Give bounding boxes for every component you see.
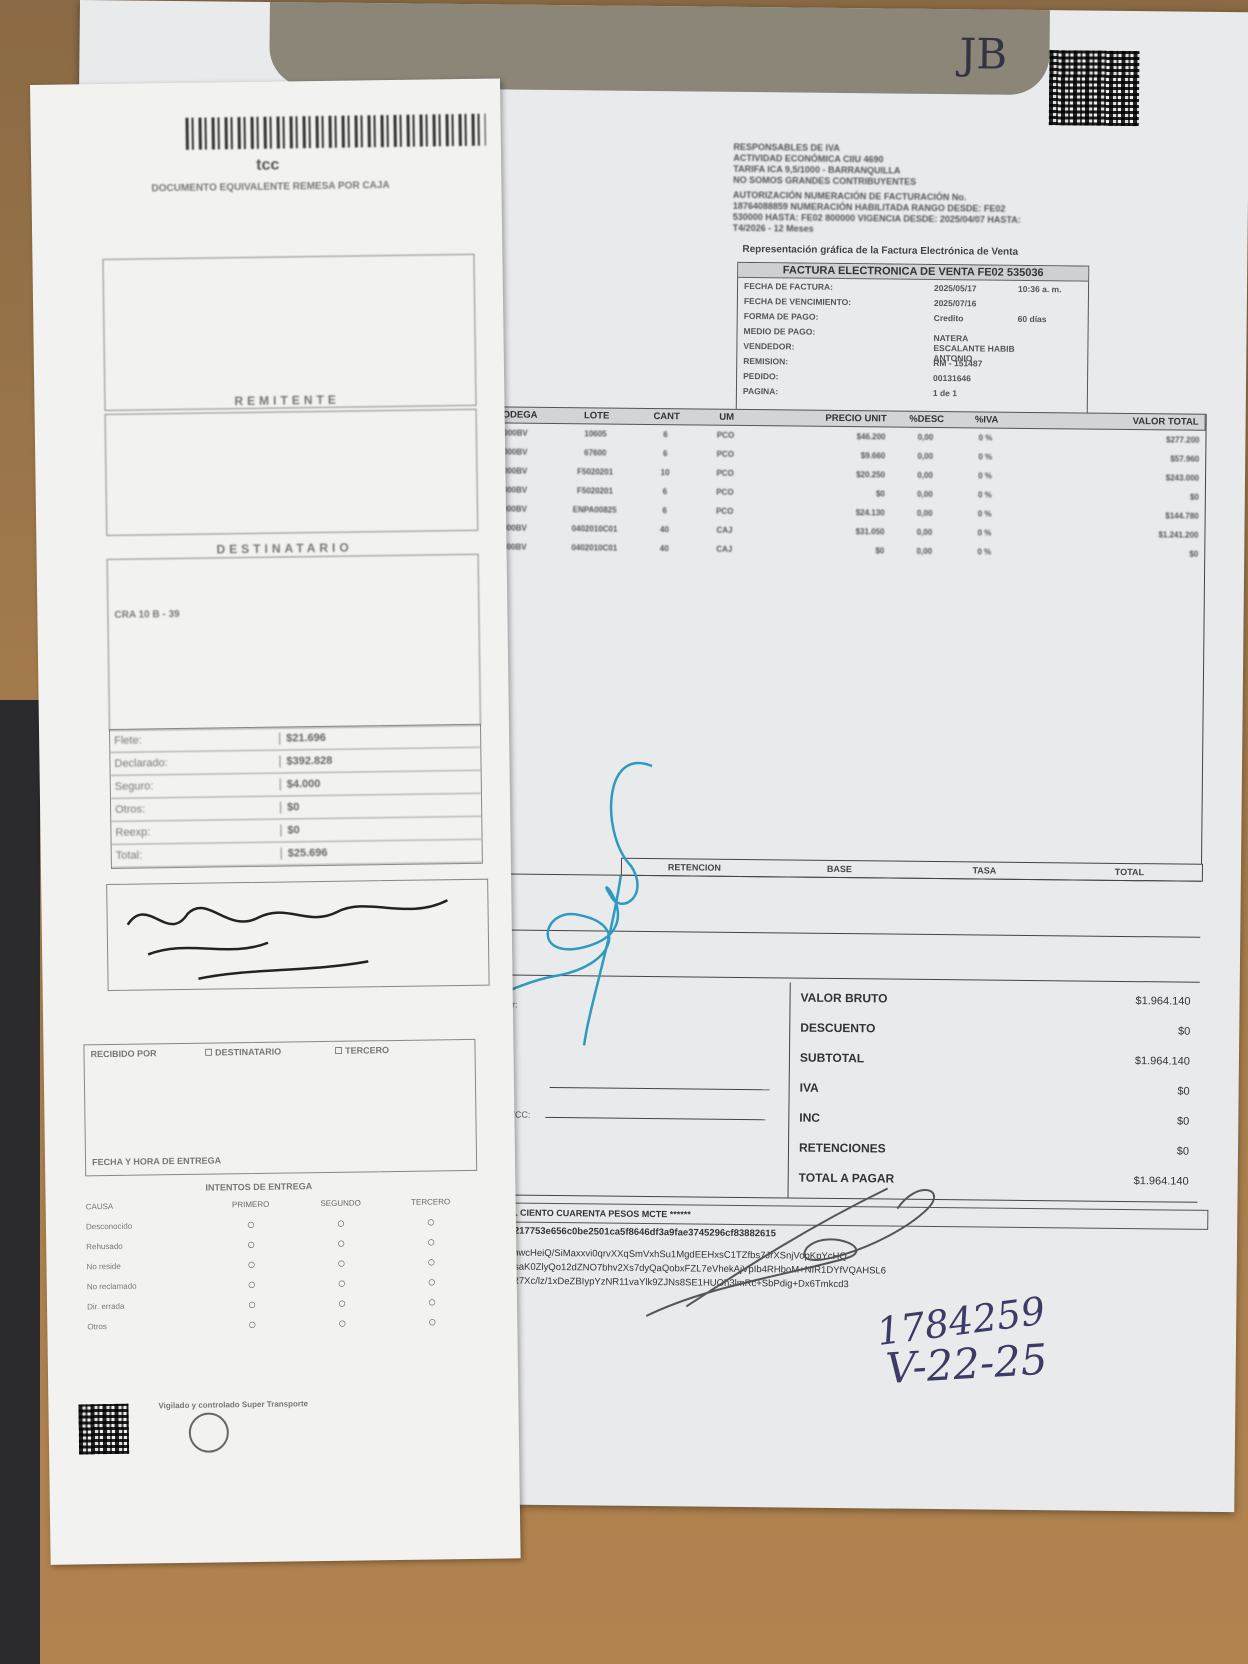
summary-value: $0	[1178, 1026, 1190, 1038]
charge-label: Declarado:	[110, 756, 280, 770]
field-label: FECHA DE VENCIMIENTO:	[744, 295, 934, 307]
cause-label: Otros	[87, 1320, 207, 1331]
table-cell: 0402010C01	[554, 543, 634, 553]
summary-label: TOTAL A PAGAR	[799, 1171, 895, 1186]
table-cell: $46.200	[755, 431, 895, 441]
retention-column: BASE	[767, 863, 912, 875]
divider	[470, 929, 1200, 938]
table-cell: $57.960	[1015, 453, 1205, 464]
charge-value: $21.696	[280, 730, 480, 745]
table-cell: $144.780	[1015, 510, 1205, 521]
field-extra	[1017, 378, 1087, 379]
info-row: PAGINA:1 de 1	[737, 383, 1087, 402]
option-label: DESTINATARIO	[215, 1047, 281, 1058]
summary-label: RETENCIONES	[799, 1141, 886, 1156]
table-cell: F5020201	[555, 467, 635, 477]
brand-logo: tcc	[256, 157, 279, 175]
radio-option[interactable]: ○	[207, 1275, 297, 1292]
summary-row: IVA$0	[789, 1072, 1199, 1106]
field-extra	[1017, 393, 1087, 394]
column-header: %DESC	[897, 414, 957, 426]
signature-field: Firma:	[464, 1079, 804, 1093]
field-value: 2025/05/17	[934, 282, 1018, 293]
table-cell: CAJ	[694, 544, 754, 554]
table-cell: 0,00	[895, 452, 955, 462]
radio-option[interactable]: ○	[297, 1314, 387, 1331]
table-cell: 0,00	[895, 509, 955, 519]
receipt-qr-code	[78, 1404, 129, 1455]
received-by-box: RECIBIDO POR ☐ DESTINATARIO ☐ TERCERO FE…	[83, 1039, 477, 1176]
table-cell: F5020201	[555, 486, 635, 496]
summary-label: IVA	[800, 1081, 819, 1095]
radio-option[interactable]: ○	[207, 1295, 297, 1312]
cause-label: No reside	[86, 1260, 206, 1271]
shipment-info	[102, 254, 476, 411]
charge-label: Otros:	[111, 802, 281, 816]
table-cell: 0 %	[955, 490, 1015, 500]
radio-option[interactable]: ○	[296, 1234, 386, 1251]
summary-row: SUBTOTAL$1.964.140	[790, 1042, 1200, 1076]
table-cell: 0,00	[894, 547, 954, 557]
receiver-heading: DESTINATARIO	[216, 541, 352, 557]
option-recipient[interactable]: ☐ DESTINATARIO	[204, 1047, 281, 1059]
option-label: TERCERO	[345, 1045, 389, 1056]
table-cell: 0 %	[955, 452, 1015, 462]
table-cell: 10605	[555, 429, 635, 439]
summary-box: VALOR BRUTO$1.964.140DESCUENTO$0SUBTOTAL…	[787, 982, 1200, 1201]
summary-value: $0	[1177, 1086, 1189, 1098]
table-cell: $0	[1015, 491, 1205, 502]
column-header: CANT	[637, 411, 697, 423]
table-cell: PCO	[695, 487, 755, 497]
summary-label: INC	[799, 1111, 820, 1125]
qr-code	[1049, 50, 1140, 126]
field-extra: 60 días	[1018, 313, 1088, 324]
table-cell: 0,00	[895, 433, 955, 443]
field-label: PAGINA:	[743, 385, 933, 397]
received-by-label: RECIBIDO POR	[90, 1048, 156, 1059]
cause-label: Desconocido	[86, 1220, 206, 1231]
attempt-column: CAUSA	[86, 1200, 206, 1211]
table-cell: 10	[635, 468, 695, 478]
charge-value: $0	[281, 822, 481, 837]
table-cell: PCO	[695, 449, 755, 459]
retention-column: TOTAL	[1057, 866, 1202, 878]
table-cell: $0	[755, 488, 895, 498]
radio-option[interactable]: ○	[387, 1293, 477, 1310]
radio-option[interactable]: ○	[206, 1215, 296, 1232]
cause-label: No reclamado	[87, 1280, 207, 1291]
radio-option[interactable]: ○	[296, 1254, 386, 1271]
field-extra	[1017, 363, 1087, 364]
divider	[470, 974, 1200, 983]
table-cell: 40	[634, 525, 694, 535]
table-cell: 0 %	[955, 471, 1015, 481]
table-cell: $277.200	[1015, 434, 1205, 445]
table-cell: 40	[634, 544, 694, 554]
summary-row: TOTAL A PAGAR$1.964.140	[789, 1162, 1199, 1196]
charge-row: Total:$25.696	[112, 840, 482, 868]
summary-row: INC$0	[789, 1102, 1199, 1136]
field-label: VENDEDOR:	[743, 340, 933, 352]
receipt-title: DOCUMENTO EQUIVALENTE REMESA POR CAJA	[151, 180, 389, 194]
delivery-datetime-label: FECHA Y HORA DE ENTREGA	[92, 1155, 221, 1167]
table-cell: 0402010C01	[554, 524, 634, 534]
field-label: FECHA DE FACTURA:	[744, 280, 934, 292]
radio-option[interactable]: ○	[386, 1233, 476, 1250]
table-cell: ENPA00825	[555, 505, 635, 515]
field-value: 00131646	[933, 372, 1017, 383]
cufe-code: 8c8779bdcf217753e656c0be2501ca5f8646df3a…	[462, 1224, 1183, 1296]
charge-label: Reexp:	[111, 825, 281, 839]
option-third[interactable]: ☐ TERCERO	[334, 1045, 389, 1057]
shipping-receipt: tcc DOCUMENTO EQUIVALENTE REMESA POR CAJ…	[30, 78, 521, 1564]
summary-value: $0	[1177, 1146, 1189, 1158]
summary-label: VALOR BRUTO	[801, 991, 888, 1006]
summary-value: $1.964.140	[1135, 995, 1190, 1008]
field-label: MEDIO DE PAGO:	[744, 325, 934, 337]
summary-row: DESCUENTO$0	[790, 1012, 1200, 1046]
charge-value: $392.828	[280, 753, 480, 768]
summary-value: $1.964.140	[1134, 1175, 1189, 1188]
radio-option[interactable]: ○	[207, 1315, 297, 1332]
attempt-column: SEGUNDO	[296, 1198, 386, 1208]
radio-option[interactable]: ○	[387, 1273, 477, 1290]
table-cell: $243.000	[1015, 472, 1205, 483]
field-extra	[1018, 333, 1088, 334]
charge-label: Flete:	[110, 733, 280, 747]
invoice-info-box: FACTURA ELECTRONICA DE VENTA FE02 535036…	[736, 262, 1090, 416]
radio-option[interactable]: ○	[206, 1255, 296, 1272]
radio-option[interactable]: ○	[297, 1294, 387, 1311]
attempt-column: TERCERO	[386, 1196, 476, 1206]
charge-value: $4.000	[281, 776, 481, 791]
field-value: Credito	[934, 312, 1018, 323]
supertransporte-logo	[189, 1412, 230, 1453]
charges-table: Flete:$21.696Declarado:$392.828Seguro:$4…	[109, 724, 483, 869]
table-cell: 6	[635, 506, 695, 516]
received-by-label: Recibido por:	[464, 999, 804, 1013]
table-cell: 0,00	[894, 528, 954, 538]
field-label: REMISION:	[743, 355, 933, 367]
header-line: NO SOMOS GRANDES CONTRIBUYENTES	[733, 175, 1093, 190]
radio-option[interactable]: ○	[387, 1313, 477, 1330]
barcode	[185, 114, 485, 150]
table-cell: 0 %	[954, 528, 1014, 538]
table-cell: 0 %	[954, 547, 1014, 557]
receiver-address: CRA 10 B - 39	[114, 609, 179, 621]
table-cell: CAJ	[694, 525, 754, 535]
background-edge	[0, 700, 40, 1664]
handwritten-date: V-22-25	[884, 1335, 1048, 1394]
table-cell: PCO	[695, 506, 755, 516]
graphic-title: Representación gráfica de la Factura Ele…	[742, 244, 1018, 258]
table-cell: 6	[635, 430, 695, 440]
charge-value: $25.696	[282, 845, 482, 860]
field-label: PEDIDO:	[743, 370, 933, 382]
table-cell: 0 %	[955, 433, 1015, 443]
table-cell: 6	[635, 449, 695, 459]
items-table: BODEGALOTECANTUMPRECIO UNIT%DESC%IVAVALO…	[471, 406, 1207, 864]
column-header: PRECIO UNIT	[757, 412, 897, 424]
table-cell: $20.250	[755, 469, 895, 479]
receipt-footer: Vigilado y controlado Super Transporte	[158, 1399, 308, 1410]
summary-value: $0	[1177, 1116, 1189, 1128]
column-header: %IVA	[957, 414, 1017, 426]
table-cell: $1.241.200	[1014, 529, 1204, 540]
summary-value: $1.964.140	[1135, 1055, 1190, 1068]
retention-column: RETENCION	[622, 862, 767, 874]
table-cell: $24.130	[755, 507, 895, 517]
table-cell: 67600	[555, 448, 635, 458]
table-cell: 0 %	[955, 509, 1015, 519]
retention-column: TASA	[912, 865, 1057, 877]
table-cell: $0	[754, 545, 894, 555]
table-cell: 0,00	[895, 471, 955, 481]
table-cell: 0,00	[895, 490, 955, 500]
column-header: LOTE	[557, 410, 637, 422]
radio-option[interactable]: ○	[386, 1253, 476, 1270]
company-header: RESPONSABLES DE IVA ACTIVIDAD ECONÓMICA …	[733, 142, 1094, 238]
field-extra	[1017, 348, 1087, 349]
table-cell: $0	[1014, 548, 1204, 559]
cause-label: Rehusado	[86, 1240, 206, 1251]
charge-label: Total:	[112, 848, 282, 862]
summary-label: SUBTOTAL	[800, 1051, 864, 1066]
table-cell: 6	[635, 487, 695, 497]
radio-option[interactable]: ○	[297, 1274, 387, 1291]
summary-row: VALOR BRUTO$1.964.140	[790, 982, 1200, 1016]
receiver-box: CRA 10 B - 39	[107, 554, 481, 731]
summary-label: DESCUENTO	[800, 1021, 875, 1036]
radio-option[interactable]: ○	[296, 1214, 386, 1231]
column-header: VALOR TOTAL	[1017, 415, 1205, 428]
delivery-attempts: CAUSAPRIMEROSEGUNDOTERCERO Desconocido○○…	[86, 1191, 478, 1336]
handwritten-signature	[107, 880, 488, 990]
cause-label: Dir. errada	[87, 1300, 207, 1311]
field-extra	[1018, 303, 1088, 304]
charge-value: $0	[281, 799, 481, 814]
field-value: RM - 151487	[933, 357, 1017, 368]
charge-label: Seguro:	[111, 779, 281, 793]
column-header: UM	[697, 411, 757, 423]
attempt-column: PRIMERO	[206, 1199, 296, 1209]
field-value: 2025/07/16	[934, 297, 1018, 308]
summary-row: RETENCIONES$0	[789, 1132, 1199, 1166]
sender-box	[105, 409, 479, 536]
radio-option[interactable]: ○	[386, 1213, 476, 1230]
attempts-header: INTENTOS DE ENTREGA	[205, 1181, 312, 1192]
sender-heading: REMITENTE	[234, 393, 340, 408]
table-cell: PCO	[695, 468, 755, 478]
attempt-row: Otros○○○	[87, 1311, 477, 1336]
field-extra: 10:36 a. m.	[1018, 283, 1088, 294]
table-cell: $9.660	[755, 450, 895, 460]
field-label: FORMA DE PAGO:	[744, 310, 934, 322]
field-value: 1 de 1	[933, 387, 1017, 398]
radio-option[interactable]: ○	[206, 1235, 296, 1252]
handwritten-initials: JB	[959, 29, 1007, 78]
table-cell: PCO	[695, 430, 755, 440]
header-line: T4/2026 - 12 Meses	[733, 223, 1093, 238]
signature-box	[106, 879, 489, 991]
table-cell: $31.050	[754, 526, 894, 536]
